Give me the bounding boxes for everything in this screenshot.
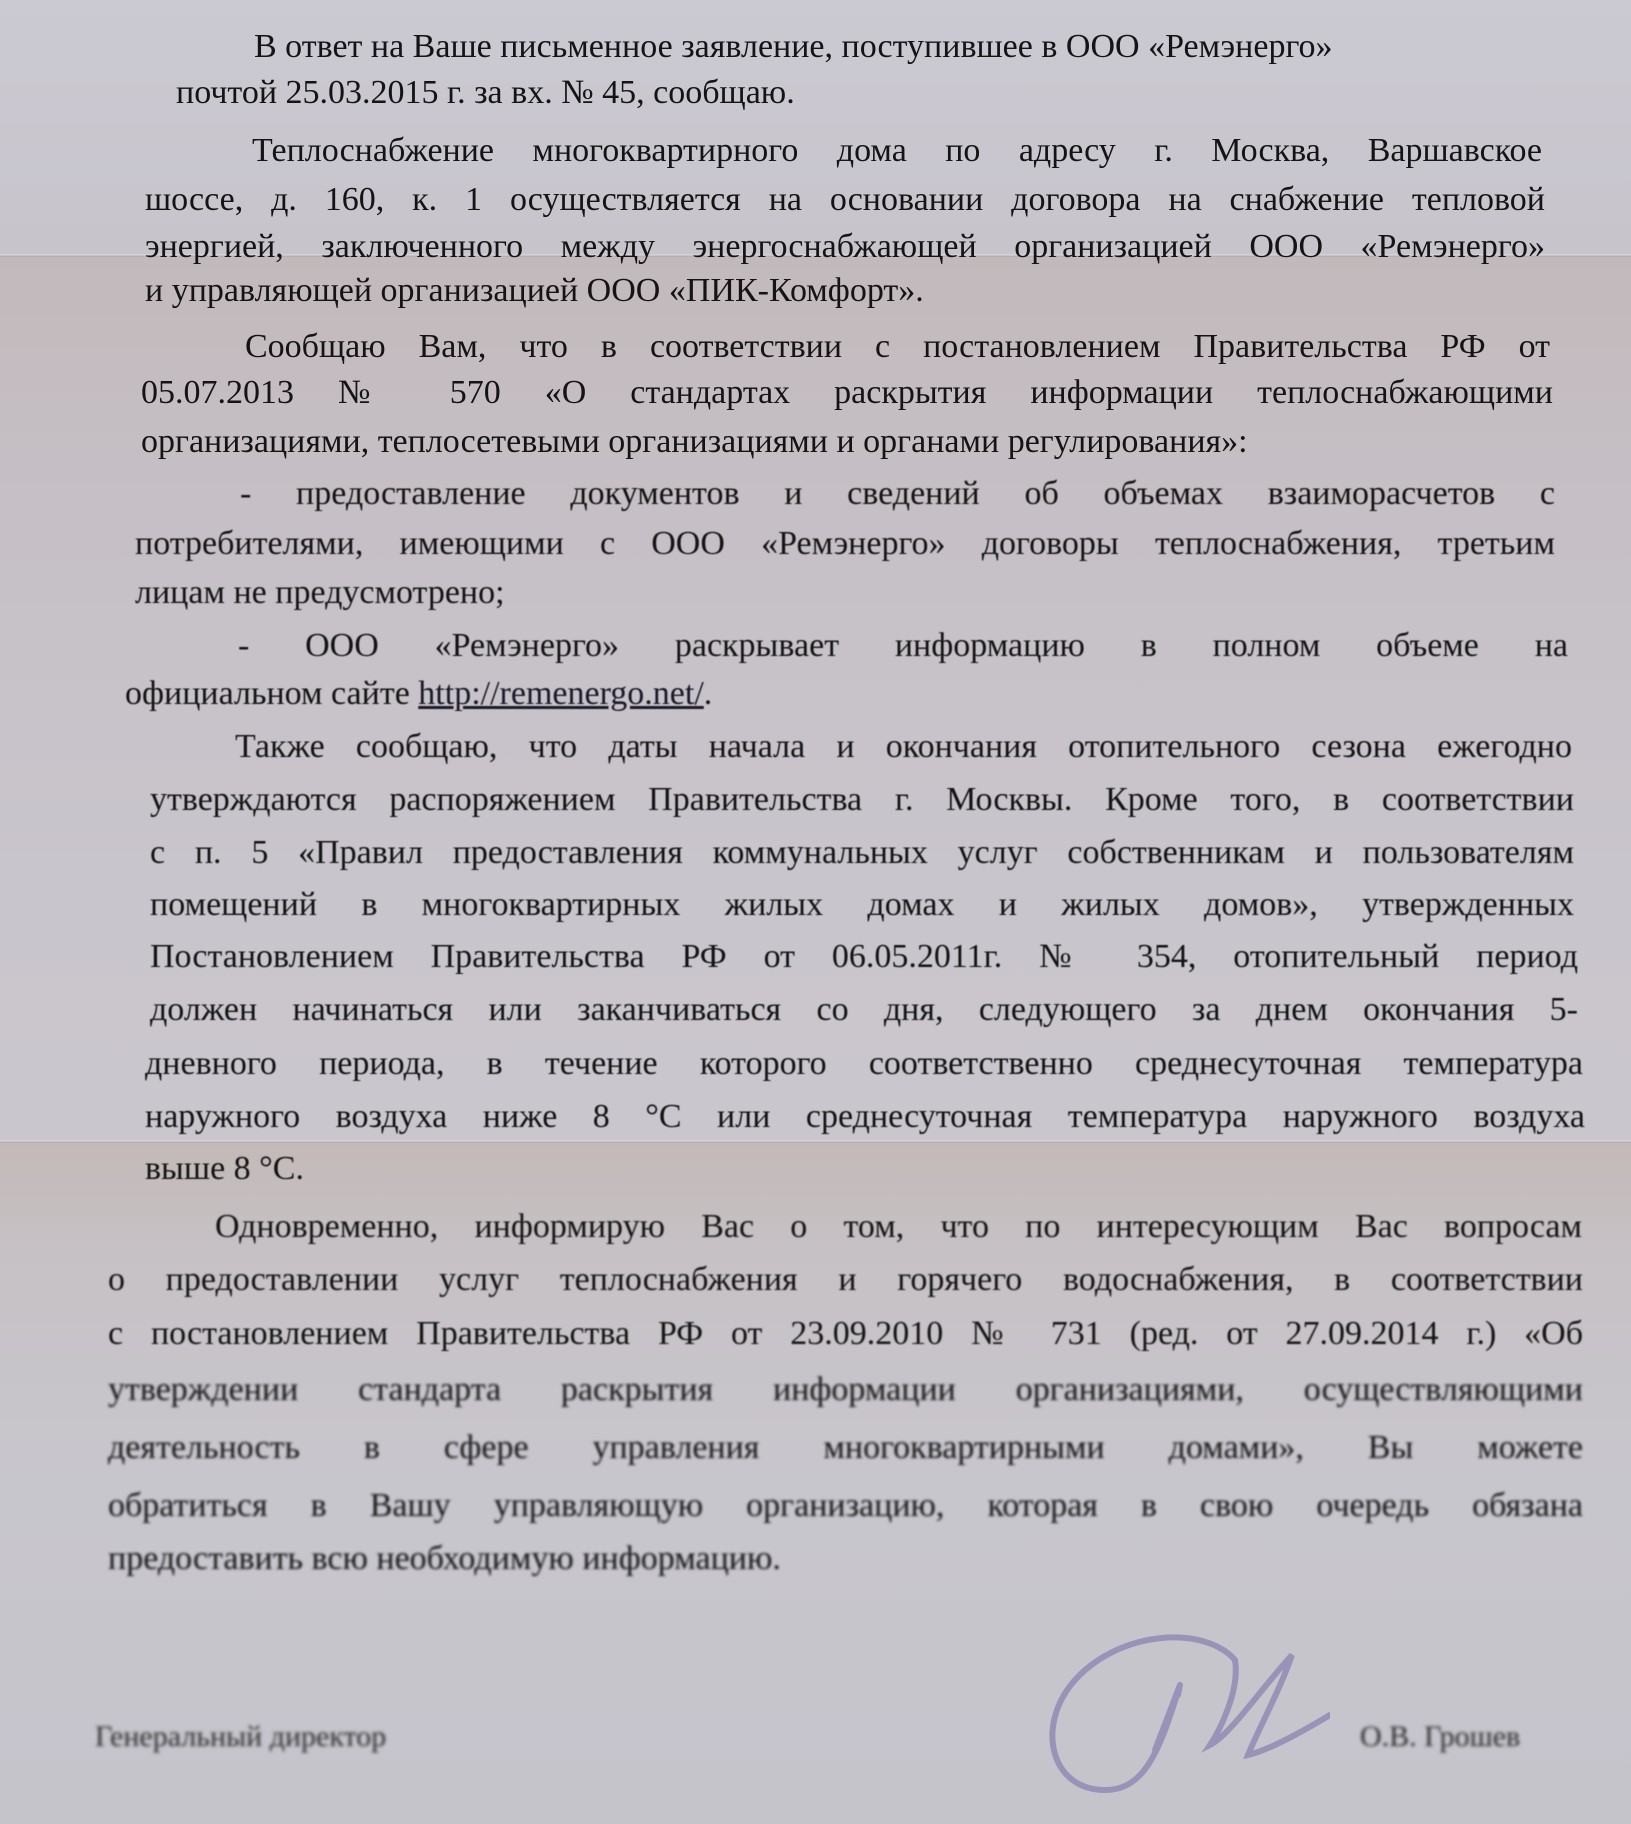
- paragraph-management-line: предоставить всю необходимую информацию.: [108, 1539, 781, 1579]
- bullet-item-line: - ООО «Ремэнерго» раскрывает информацию …: [238, 626, 1568, 666]
- paragraph-heat-supply-line: энергией, заключенного между энергоснабж…: [145, 227, 1545, 267]
- paragraph-management-line: о предоставлении услуг теплоснабжения и …: [108, 1260, 1583, 1300]
- handwritten-signature-icon: [1030, 1620, 1330, 1820]
- paragraph-heating-season-line: наружного воздуха ниже 8 °С или среднесу…: [145, 1097, 1585, 1137]
- paragraph-management-line: Одновременно, информирую Вас о том, что …: [215, 1207, 1582, 1247]
- paragraph-heating-season-line: с п. 5 «Правил предоставления коммунальн…: [150, 833, 1574, 873]
- bullet-item-line: - предоставление документов и сведений о…: [240, 474, 1555, 514]
- fold-line: [0, 1140, 1631, 1143]
- paragraph-heating-season-line: дневного периода, в течение которого соо…: [145, 1044, 1583, 1084]
- paragraph-heating-season-line: выше 8 °С.: [145, 1149, 304, 1189]
- paragraph-intro-line: почтой 25.03.2015 г. за вх. № 45, сообща…: [176, 73, 795, 113]
- signatory-title: Генеральный директор: [95, 1720, 386, 1754]
- bullet-item-line: официальном сайте http://remenergo.net/.: [125, 674, 712, 714]
- paragraph-management-line: с постановлением Правительства РФ от 23.…: [108, 1314, 1583, 1354]
- paragraph-intro-line: В ответ на Ваше письменное заявление, по…: [254, 27, 1566, 67]
- paragraph-heating-season-line: Постановлением Правительства РФ от 06.05…: [150, 937, 1578, 977]
- bullet-item-line: потребителями, имеющими с ООО «Ремэнерго…: [135, 524, 1555, 564]
- paragraph-management-line: деятельность в сфере управления многоква…: [108, 1428, 1583, 1468]
- paragraph-heating-season-line: должен начинаться или заканчиваться со д…: [150, 990, 1578, 1030]
- paragraph-regulation-line: Сообщаю Вам, что в соответствии с постан…: [245, 327, 1550, 367]
- letter-page: В ответ на Ваше письменное заявление, по…: [0, 0, 1631, 1824]
- bullet-item-line: лицам не предусмотрено;: [135, 573, 505, 613]
- bullet-item-text: официальном сайте: [125, 675, 418, 712]
- paragraph-management-line: утверждении стандарта раскрытия информац…: [108, 1370, 1583, 1410]
- punctuation: .: [704, 675, 713, 712]
- paragraph-heat-supply-line: шоссе, д. 160, к. 1 осуществляется на ос…: [145, 180, 1545, 220]
- paragraph-management-line: обратиться в Вашу управляющую организаци…: [108, 1486, 1583, 1526]
- paragraph-heat-supply-line: Теплоснабжение многоквартирного дома по …: [252, 131, 1542, 171]
- website-link[interactable]: http://remenergo.net/: [418, 675, 703, 712]
- paragraph-heating-season-line: помещений в многоквартирных жилых домах …: [150, 885, 1574, 925]
- paragraph-heating-season-line: утверждаются распоряжением Правительства…: [150, 780, 1574, 820]
- signatory-name: О.В. Грошев: [1360, 1720, 1520, 1754]
- paragraph-regulation-line: 05.07.2013 № 570 «О стандартах раскрытия…: [141, 373, 1553, 413]
- paragraph-heating-season-line: Также сообщаю, что даты начала и окончан…: [235, 727, 1572, 767]
- paragraph-heat-supply-line: и управляющей организацией ООО «ПИК-Комф…: [145, 271, 924, 311]
- paragraph-regulation-line: организациями, теплосетевыми организация…: [141, 422, 1248, 462]
